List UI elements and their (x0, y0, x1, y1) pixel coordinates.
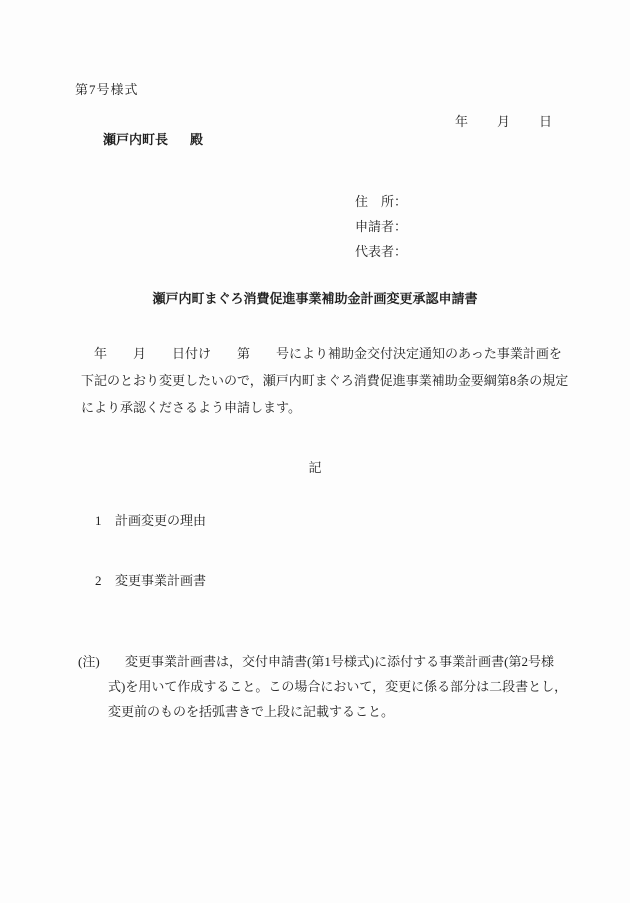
date-blank-line: 年 月 日 (455, 115, 553, 130)
record-marker: 記 (0, 461, 630, 476)
document-title: 瀬戸内町まぐろ消費促進事業補助金計画変更承認申請書 (0, 292, 630, 307)
document-page: 第7号様式 年 月 日 瀬戸内町長殿 住 所： 申請者： 代表者： 瀬戸内町まぐ… (0, 0, 630, 903)
note-line-3: 変更前のものを括弧書きで上段に記載すること。 (108, 705, 394, 720)
representative-label: 代表者： (355, 245, 407, 260)
body-paragraph-line-1: 年 月 日付け 第 号により補助金交付決定通知のあった事業計画を (81, 347, 562, 362)
item-2-label: 変更事業計画書 (115, 573, 206, 588)
form-number: 第7号様式 (75, 83, 139, 98)
list-item-2: 2変更事業計画書 (95, 574, 206, 589)
body-paragraph-line-2: 下記のとおり変更したいので，瀬戸内町まぐろ消費促進事業補助金要綱第8条の規定 (81, 374, 568, 389)
note-marker: (注) (78, 655, 100, 670)
body-paragraph-line-3: により承認くださるよう申請します。 (81, 401, 301, 416)
addressee-line: 瀬戸内町長殿 (103, 133, 203, 148)
addressee-name: 瀬戸内町長 (103, 132, 168, 147)
item-1-label: 計画変更の理由 (115, 513, 206, 528)
note-line-1: 変更事業計画書は，交付申請書(第1号様式)に添付する事業計画書(第2号様 (125, 655, 554, 670)
list-item-1: 1計画変更の理由 (95, 514, 206, 529)
item-1-number: 1 (95, 514, 115, 529)
address-label: 住 所： (355, 195, 407, 210)
item-2-number: 2 (95, 574, 115, 589)
applicant-label: 申請者： (355, 220, 407, 235)
addressee-honorific: 殿 (190, 132, 203, 147)
note-line-2: 式)を用いて作成すること。この場合において，変更に係る部分は二段書とし， (108, 680, 567, 695)
